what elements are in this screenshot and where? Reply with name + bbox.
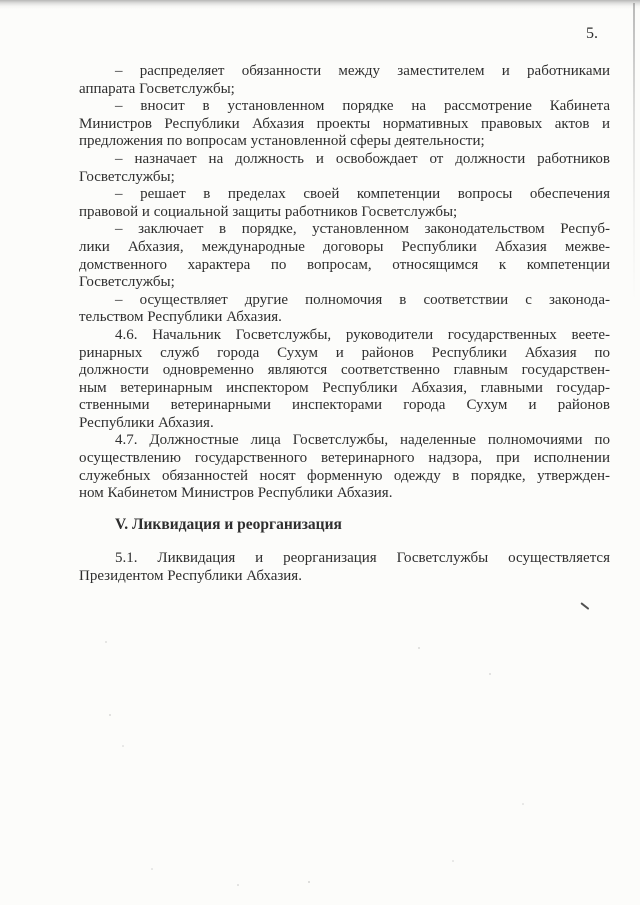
text-line: должности одновременно являются соответс… [79,362,610,380]
text-line: ственными ветеринарными инспекторами гор… [79,397,610,415]
text-line: Президентом Республики Абхазия. [79,568,610,586]
text-line: аппарата Госветслужбы; [79,81,610,99]
page-number: 5. [586,25,598,43]
text-line: 5.1. Ликвидация и реорганизация Госветсл… [79,550,610,568]
scanned-document-page: 5. – распределяет обязанности между заме… [0,0,640,905]
paragraph: – распределяет обязанности между замести… [79,63,610,98]
text-line: – осуществляет другие полномочия в соотв… [79,292,610,310]
paragraph: – назначает на должность и освобождает о… [79,151,610,186]
scan-speckle [308,881,310,883]
scan-speckle [122,745,124,747]
text-line: – решает в пределах своей компетенции во… [79,186,610,204]
text-line: – заключает в порядке, установленном зак… [79,221,610,239]
text-line: лики Абхазия, международные договоры Рес… [79,239,610,257]
text-line: 4.7. Должностные лица Госветслужбы, наде… [79,432,610,450]
paragraph: 4.6. Начальник Госветслужбы, руководител… [79,327,610,433]
scan-speckle [522,803,524,805]
text-line: правовой и социальной защиты работников … [79,204,610,222]
scan-speckle [237,884,239,886]
paragraph: 5.1. Ликвидация и реорганизация Госветсл… [79,550,610,585]
text-line: тельством Республики Абхазия. [79,309,610,327]
section-heading: V. Ликвидация и реорганизация [79,516,610,534]
paragraph: – вносит в установленном порядке на расс… [79,98,610,151]
text-line: V. Ликвидация и реорганизация [79,516,610,534]
text-line: домственного характера по вопросам, отно… [79,257,610,275]
text-line: Министров Республики Абхазия проекты нор… [79,116,610,134]
scan-artifact-top-band [0,0,640,9]
text-line: Республики Абхазия. [79,415,610,433]
scan-speckle [151,868,153,870]
paragraph: 4.7. Должностные лица Госветслужбы, наде… [79,432,610,502]
scan-speckle [418,647,420,649]
paragraph: – заключает в порядке, установленном зак… [79,221,610,291]
text-line: 4.6. Начальник Госветслужбы, руководител… [79,327,610,345]
scan-speckle [105,641,107,643]
paragraph: – осуществляет другие полномочия в соотв… [79,292,610,327]
text-line: Госветслужбы; [79,274,610,292]
scan-artifact-edge-line [633,3,635,303]
text-line: служебных обязанностей носят форменную о… [79,468,610,486]
text-line: – назначает на должность и освобождает о… [79,151,610,169]
scan-speckle [489,673,491,675]
document-text: – распределяет обязанности между замести… [79,63,610,586]
scan-speckle [452,860,454,862]
text-line: предложения по вопросам установленной сф… [79,133,610,151]
pen-tick-stroke [580,602,589,610]
text-line: ным ветеринарным инспектором Республики … [79,380,610,398]
text-line: Госветслужбы; [79,169,610,187]
text-line: ном Кабинетом Министров Республики Абхаз… [79,485,610,503]
paragraph: – решает в пределах своей компетенции во… [79,186,610,221]
pen-tick-mark [581,600,593,612]
text-line: – вносит в установленном порядке на расс… [79,98,610,116]
text-line: ринарных служб города Сухум и районов Ре… [79,345,610,363]
text-line: – распределяет обязанности между замести… [79,63,610,81]
text-line: осуществлению государственного ветеринар… [79,450,610,468]
scan-speckle [109,714,111,716]
